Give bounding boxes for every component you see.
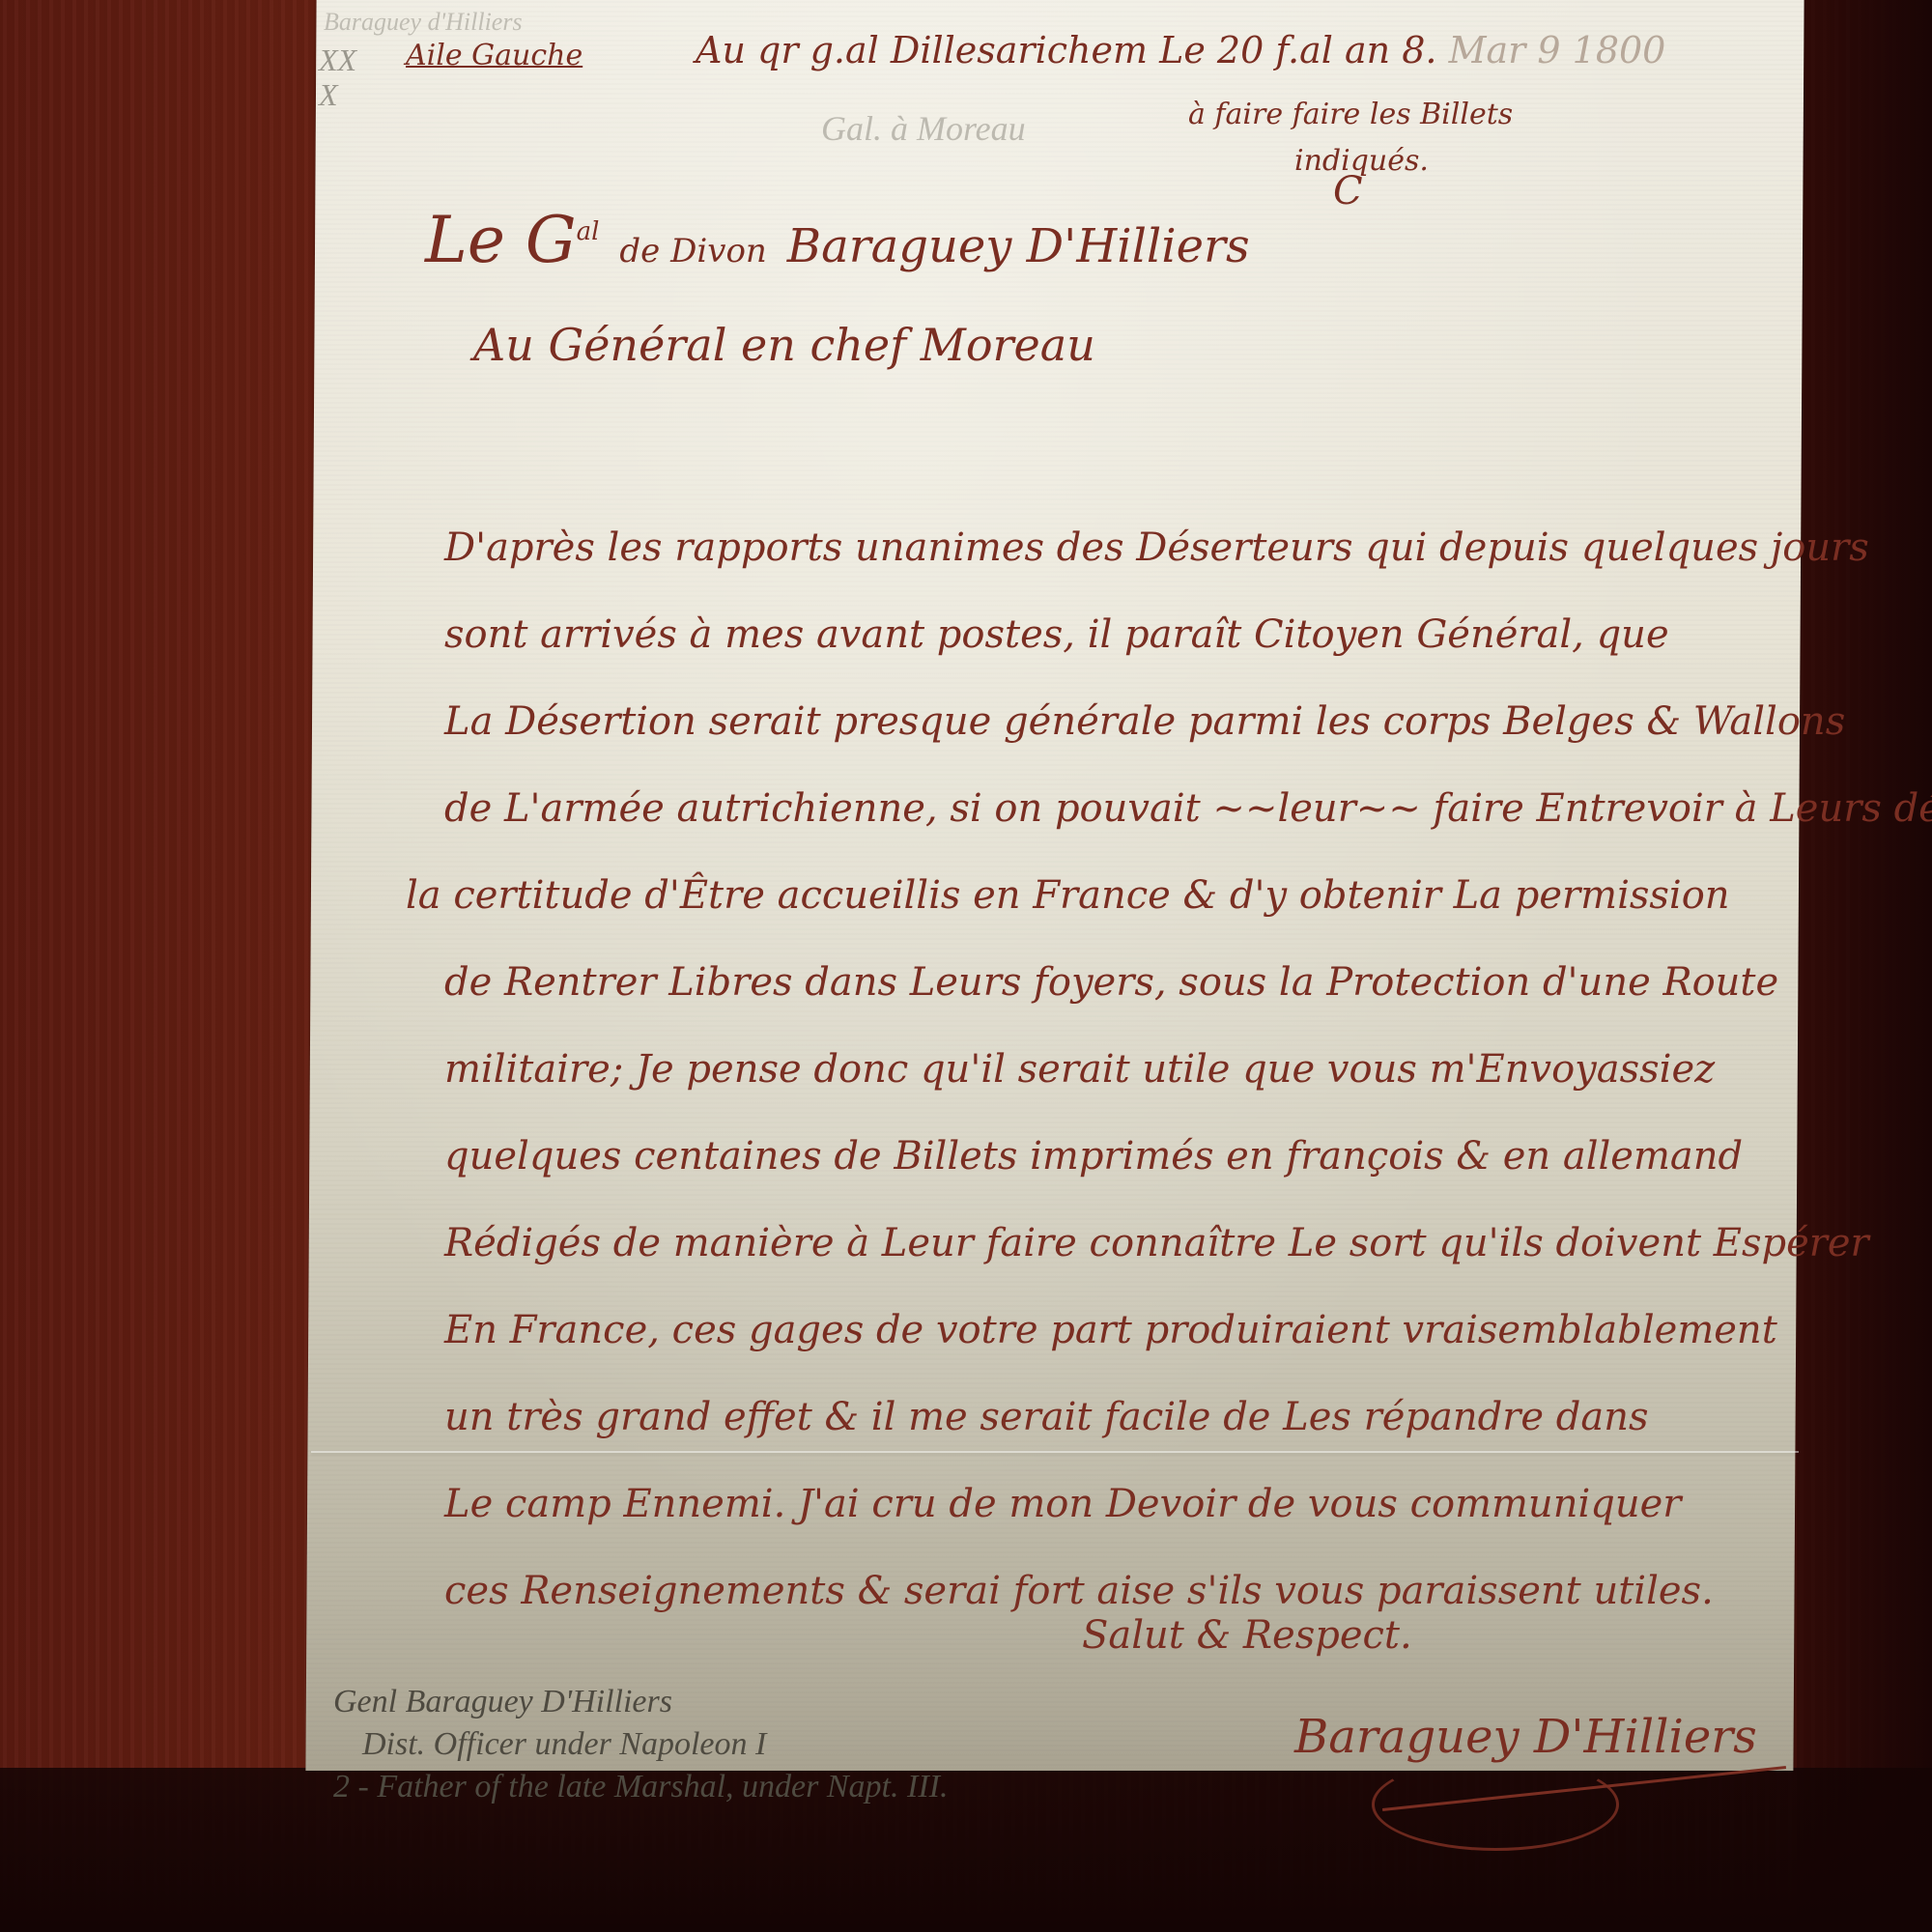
body-line-10: En France, ces gages de votre part produ… xyxy=(444,1287,1806,1374)
dateline: Au qr g.al Dillesarichem Le 20 f.al an 8… xyxy=(696,29,1665,71)
sender-title-sup: al xyxy=(577,217,600,246)
archive-pencil-name: Baraguey d'Hilliers xyxy=(324,8,523,37)
sender-title: Le G xyxy=(425,203,577,277)
sender-heading: Le Gal de Divon Baraguey D'Hilliers xyxy=(425,203,1250,277)
body-line-2: sont arrivés à mes avant postes, il para… xyxy=(444,591,1806,678)
body-line-4: de L'armée autrichienne, si on pouvait ~… xyxy=(444,765,1806,852)
pencil-annotation: Genl Baraguey D'Hilliers Dist. Officer u… xyxy=(333,1681,948,1808)
dateline-ink: Au qr g.al Dillesarichem Le 20 f.al an 8… xyxy=(696,29,1436,71)
body-line-12: Le camp Ennemi. J'ai cru de mon Devoir d… xyxy=(444,1461,1806,1548)
table-shadow-right xyxy=(1797,0,1932,1932)
pencil-annotation-line3: 2 - Father of the late Marshal, under Na… xyxy=(333,1766,948,1808)
signature: Baraguey D'Hilliers xyxy=(1294,1710,1757,1764)
reply-note-line1: à faire faire les Billets xyxy=(1188,92,1513,138)
sender-name: Baraguey D'Hilliers xyxy=(787,219,1250,273)
body-line-3: La Désertion serait presque générale par… xyxy=(444,678,1806,765)
pencil-annotation-line1: Genl Baraguey D'Hilliers xyxy=(333,1681,948,1723)
pencil-numerals: XX X xyxy=(319,43,356,112)
letter-body: D'après les rapports unanimes des Désert… xyxy=(444,504,1806,1634)
body-line-7: militaire; Je pense donc qu'il serait ut… xyxy=(444,1026,1806,1113)
closing-salutation: Salut & Respect. xyxy=(1082,1613,1412,1658)
body-line-1: D'après les rapports unanimes des Désert… xyxy=(444,504,1806,591)
pencil-annotation-line2: Dist. Officer under Napoleon I xyxy=(333,1723,948,1766)
body-line-5: la certitude d'Être accueillis en France… xyxy=(406,852,1806,939)
table-shadow-bottom xyxy=(0,1768,1932,1932)
sender-division: de Divon xyxy=(619,232,766,270)
pencil-recipient-note: Gal. à Moreau xyxy=(821,108,1026,149)
dateline-pencil: Mar 9 1800 xyxy=(1449,29,1666,71)
recipient-heading: Au Général en chef Moreau xyxy=(473,319,1095,371)
body-line-9: Rédigés de manière à Leur faire connaîtr… xyxy=(444,1200,1806,1287)
reply-initial: C xyxy=(1333,169,1363,213)
body-line-8: quelques centaines de Billets imprimés e… xyxy=(444,1113,1806,1200)
place-note: Aile Gauche xyxy=(406,39,582,72)
body-line-11: un très grand effet & il me serait facil… xyxy=(444,1374,1806,1461)
body-line-6: de Rentrer Libres dans Leurs foyers, sou… xyxy=(444,939,1806,1026)
